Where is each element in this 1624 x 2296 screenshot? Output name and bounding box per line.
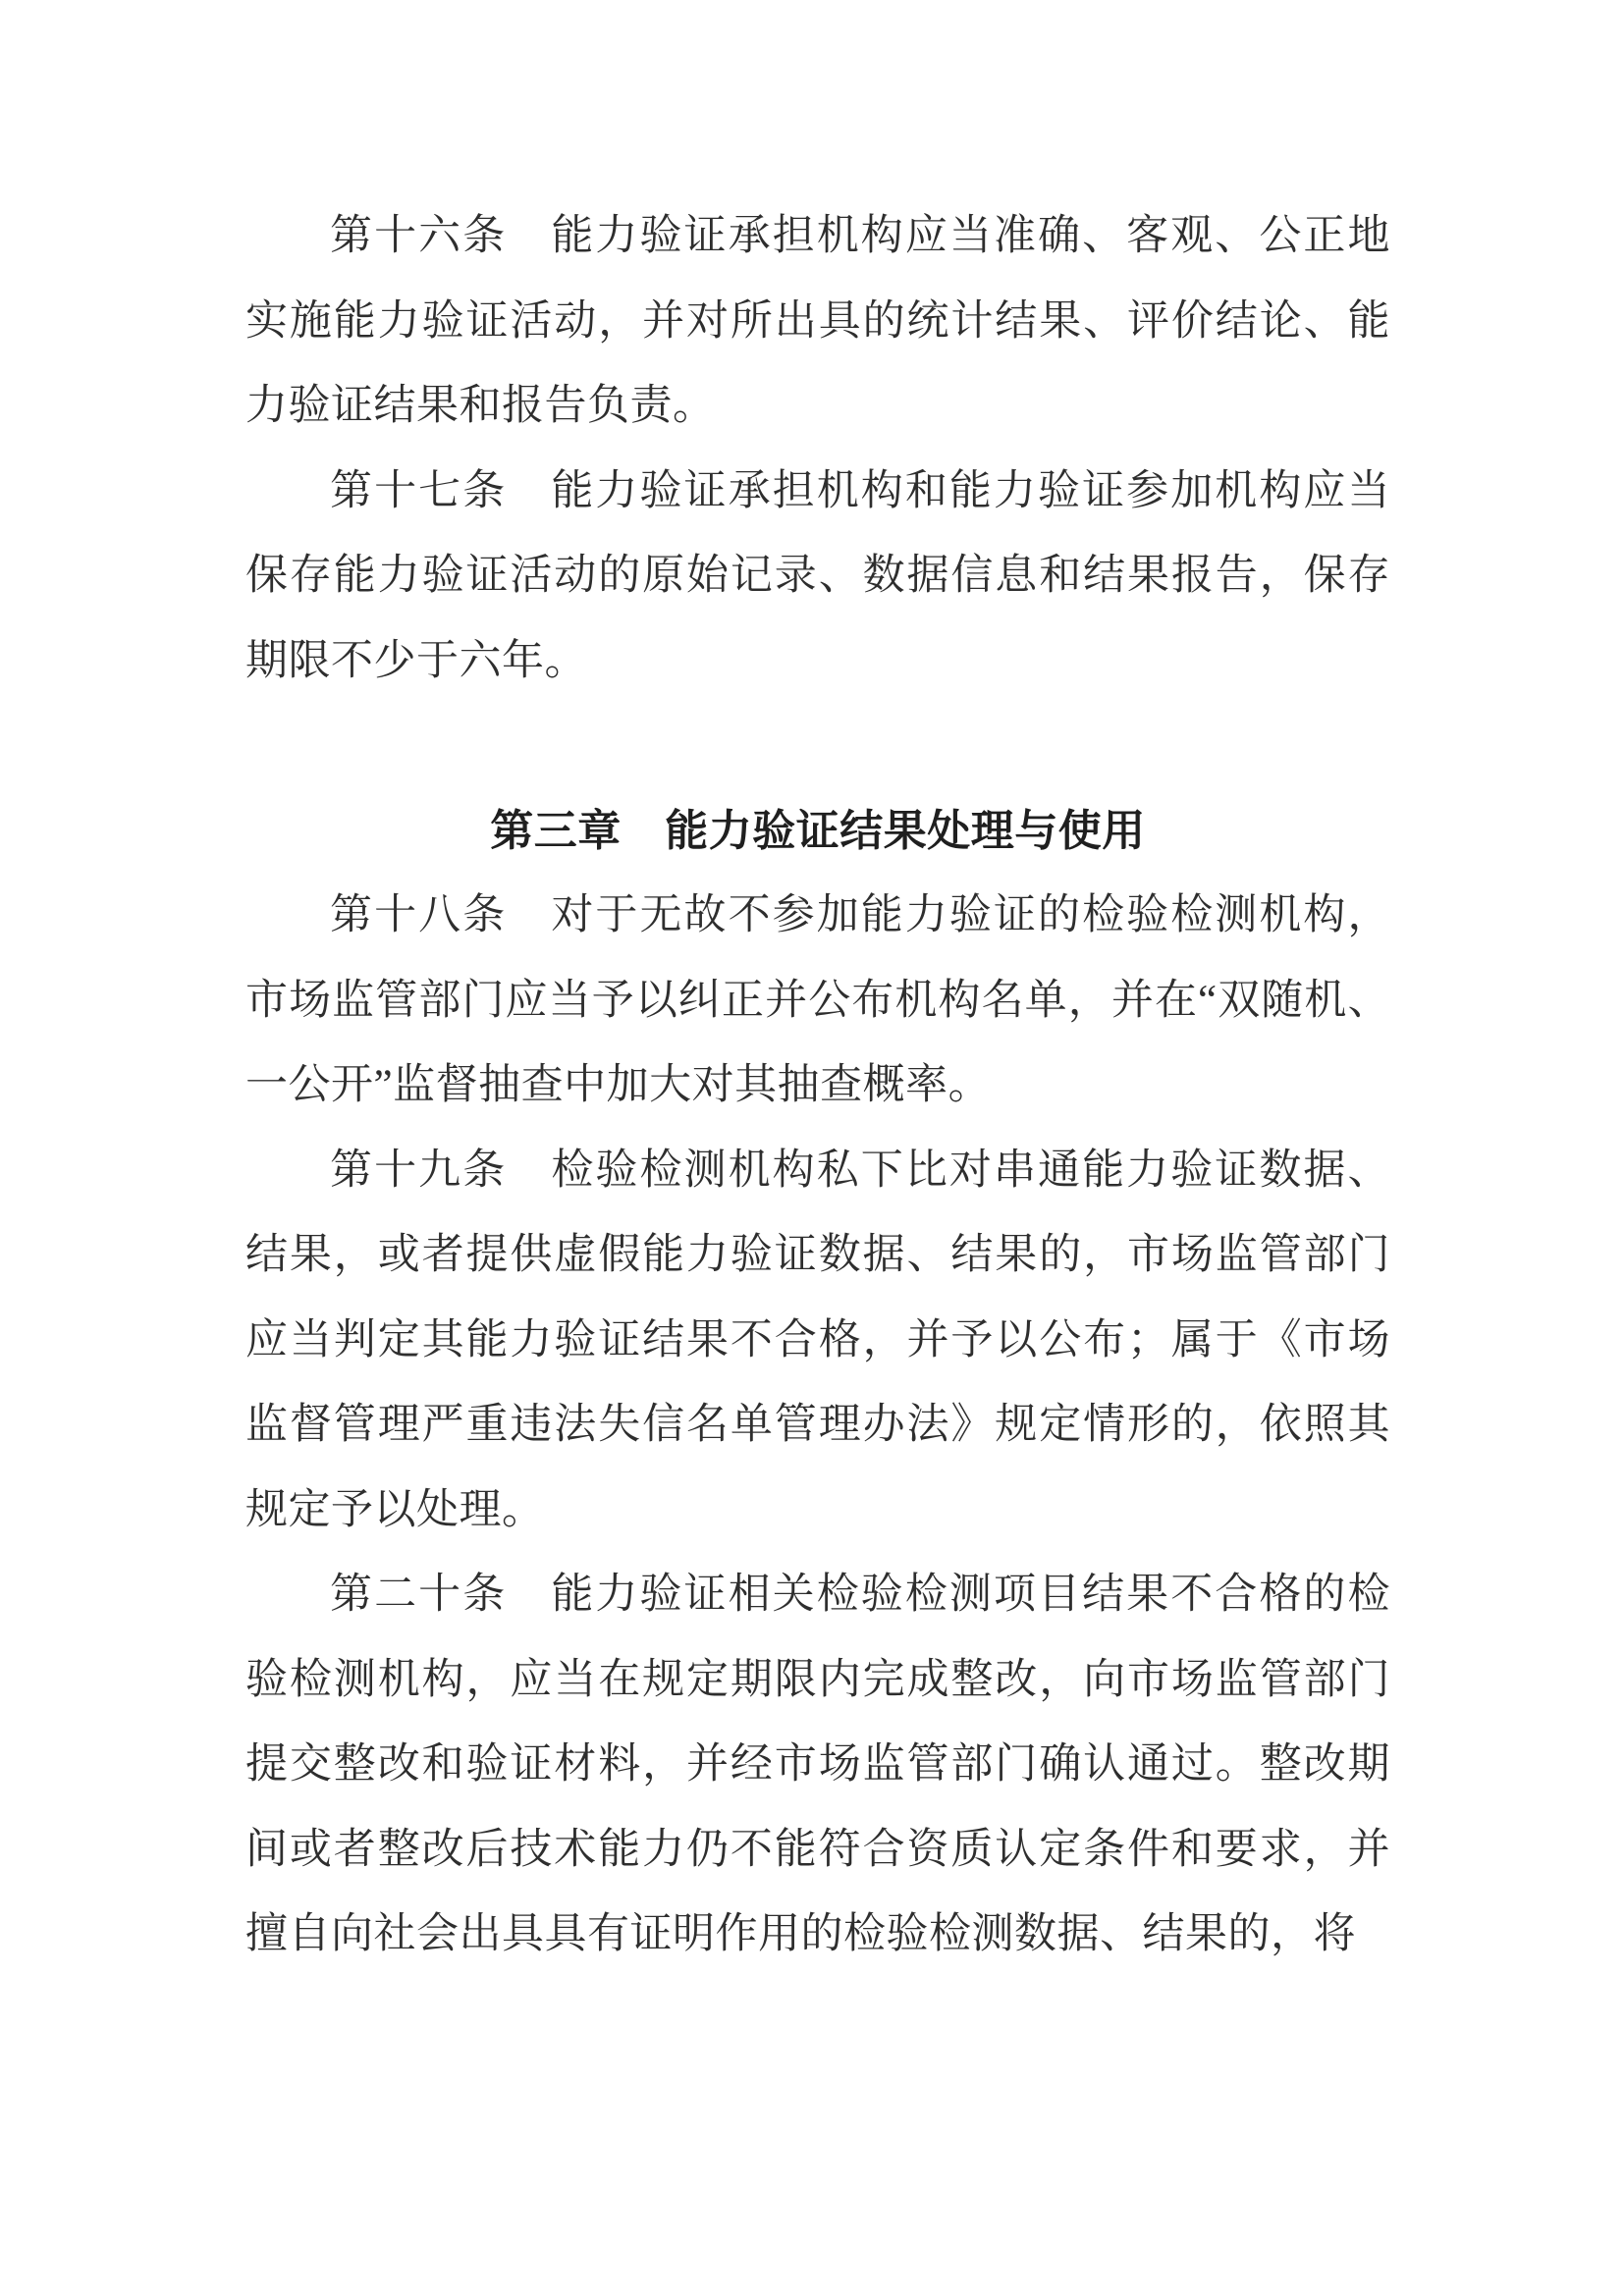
article-19-paragraph: 第十九条 检验检测机构私下比对串通能力验证数据、结果，或者提供虚假能力验证数据、… <box>245 1129 1390 1554</box>
chapter-3-heading: 第三章 能力验证结果处理与使用 <box>245 789 1390 875</box>
article-20-paragraph: 第二十条 能力验证相关检验检测项目结果不合格的检验检测机构，应当在规定期限内完成… <box>245 1553 1390 1978</box>
document-page: 第十六条 能力验证承担机构应当准确、客观、公正地实施能力验证活动，并对所出具的统… <box>0 0 1624 2296</box>
article-17-paragraph: 第十七条 能力验证承担机构和能力验证参加机构应当保存能力验证活动的原始记录、数据… <box>245 450 1390 705</box>
article-16-paragraph: 第十六条 能力验证承担机构应当准确、客观、公正地实施能力验证活动，并对所出具的统… <box>245 194 1390 450</box>
document-body: 第十六条 能力验证承担机构应当准确、客观、公正地实施能力验证活动，并对所出具的统… <box>245 194 1390 1978</box>
article-18-paragraph: 第十八条 对于无故不参加能力验证的检验检测机构，市场监管部门应当予以纠正并公布机… <box>245 874 1390 1129</box>
